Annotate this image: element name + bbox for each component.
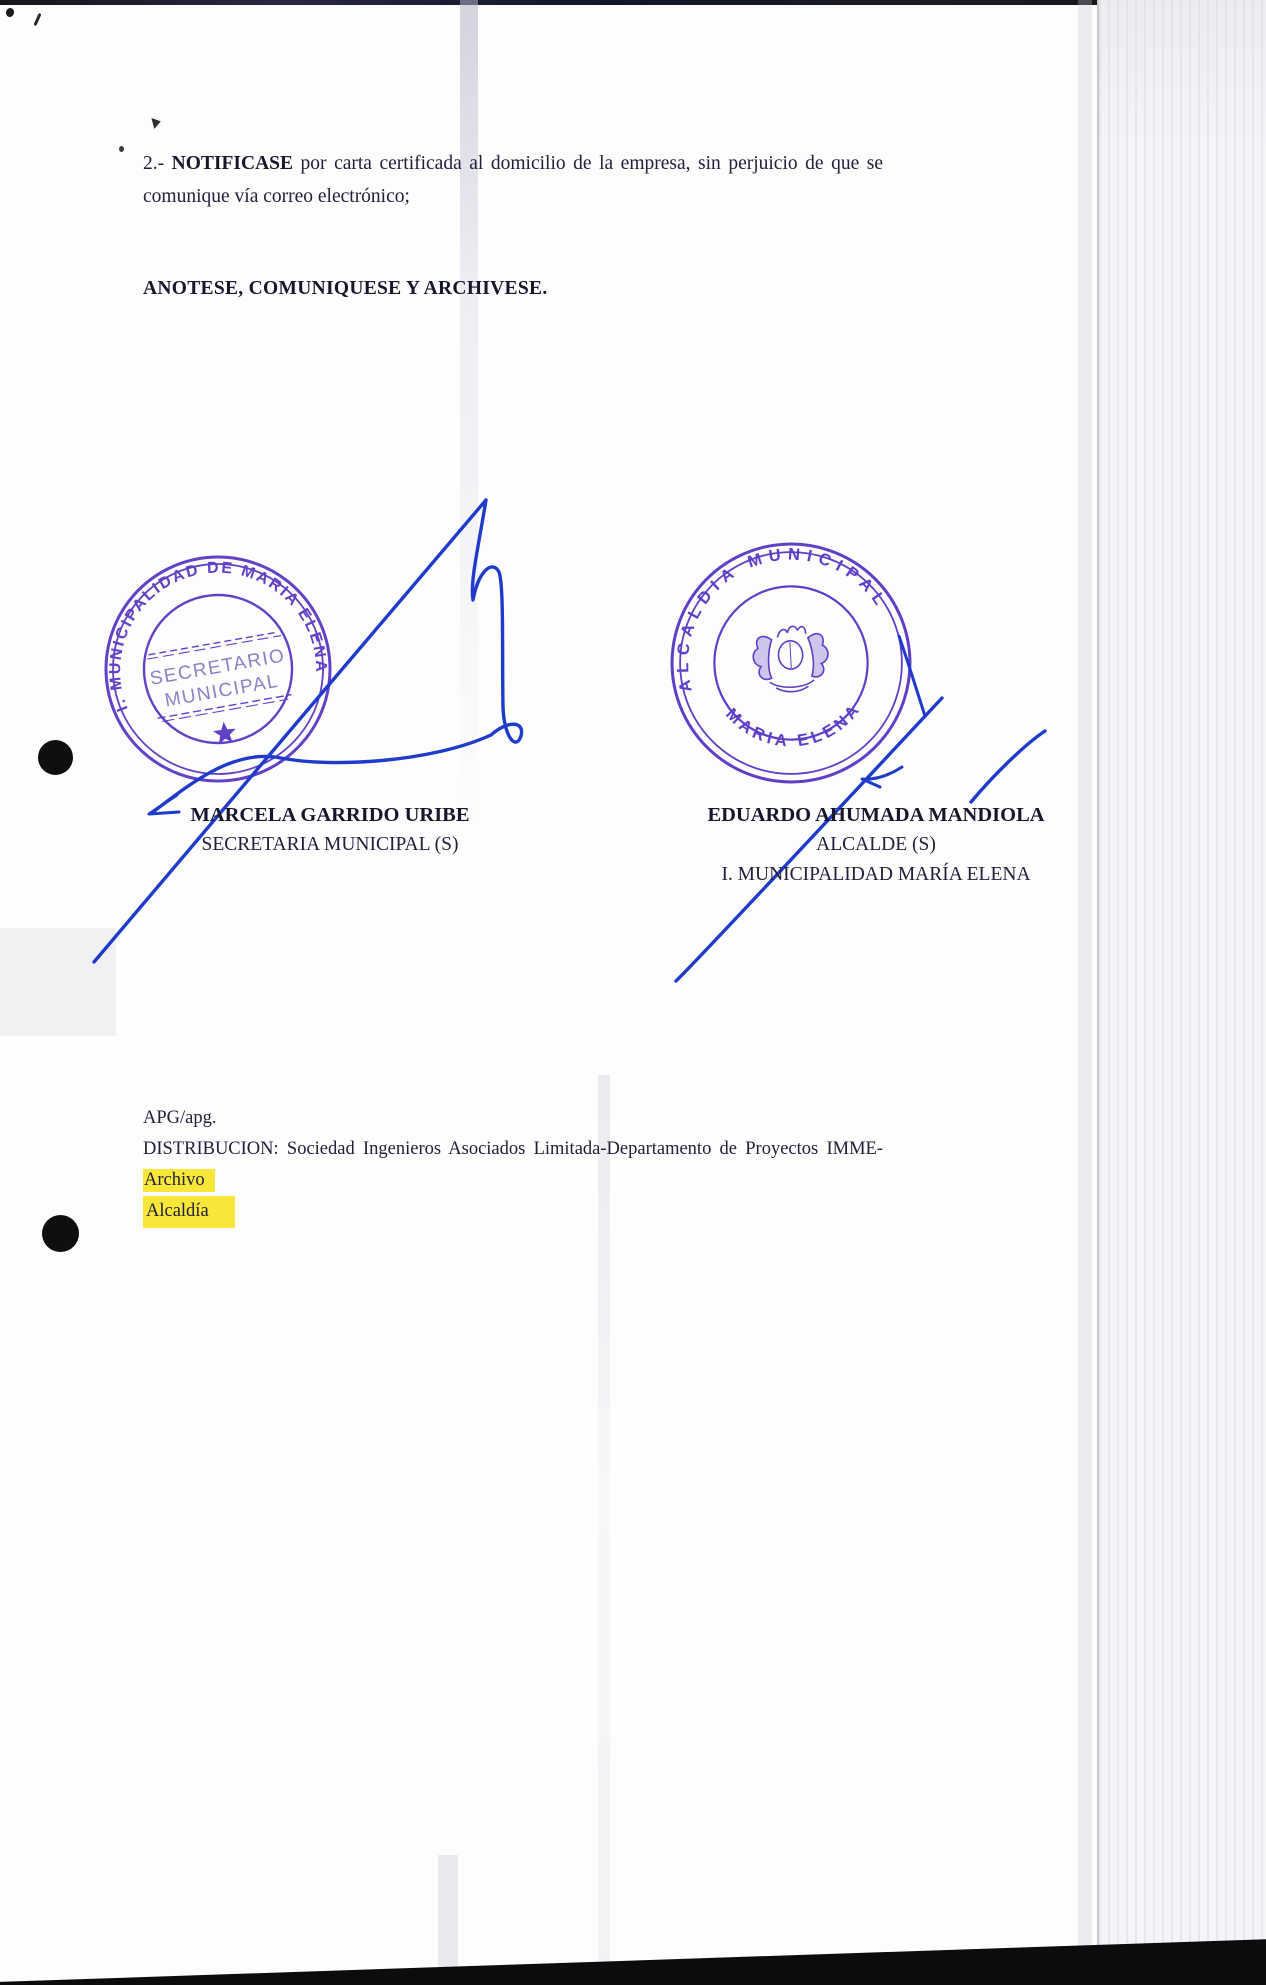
distribution-text: DISTRIBUCION: Sociedad Ingenieros Asocia… (143, 1139, 883, 1159)
left-signatory-name: MARCELA GARRIDO URIBE (150, 800, 510, 830)
scan-bottom-edge (0, 1933, 1266, 1985)
scan-speck (119, 146, 124, 152)
alcaldia-municipal-stamp: ALCALDIA MUNICIPAL MARIA ELENA (666, 538, 916, 788)
star-icon (212, 721, 237, 745)
item-number: 2.- (143, 153, 172, 174)
scan-speck (33, 13, 41, 26)
right-signatory-org: I. MUNICIPALIDAD MARÍA ELENA (690, 860, 1062, 890)
secretario-municipal-stamp: I. MUNICIPALIDAD DE MARIA ELENA SECRETAR… (100, 551, 336, 787)
right-signatory-name: EDUARDO AHUMADA MANDIOLA (690, 800, 1062, 830)
paragraph-text: por carta certificada al domicilio de la… (293, 153, 883, 174)
scan-speck (149, 118, 161, 130)
distribution-line-2: Alcaldía (143, 1196, 883, 1228)
right-signatory-block: EDUARDO AHUMADA MANDIOLA ALCALDE (S) I. … (690, 800, 1062, 890)
scan-top-edge (0, 0, 1266, 5)
coat-of-arms-icon (752, 625, 830, 694)
closing-formula: ANOTESE, COMUNIQUESE Y ARCHIVESE. (143, 278, 548, 300)
punch-hole (42, 1215, 79, 1252)
scanned-document-page: 2.- NOTIFICASE por carta certificada al … (0, 0, 1266, 1985)
paragraph-line-1: 2.- NOTIFICASE por carta certificada al … (143, 147, 883, 180)
punch-hole (38, 740, 73, 775)
scan-edge-line (1097, 0, 1099, 1985)
right-signatory-title: ALCALDE (S) (690, 830, 1062, 860)
distribution-highlight-archivo: Archivo (143, 1169, 215, 1192)
paragraph-line-2: comunique vía correo electrónico; (143, 180, 883, 213)
stamp-bottom-arc-text: MARIA ELENA (722, 698, 867, 755)
scan-shadow (0, 928, 116, 1036)
author-initials: APG/apg. (143, 1103, 883, 1134)
stamp-center-line1: SECRETARIO (148, 645, 287, 689)
notificase-keyword: NOTIFICASE (172, 153, 293, 174)
stamp-top-arc-text: ALCALDIA MUNICIPAL (667, 539, 897, 694)
left-signatory-block: MARCELA GARRIDO URIBE SECRETARIA MUNICIP… (150, 800, 510, 860)
scan-speck (5, 7, 16, 18)
scan-streak (438, 1855, 458, 1980)
scan-streak (1078, 0, 1092, 1985)
scan-streak (460, 0, 478, 830)
scan-edge-band (1099, 0, 1266, 1985)
left-signature (94, 500, 522, 962)
distribution-line: DISTRIBUCION: Sociedad Ingenieros Asocia… (143, 1134, 883, 1196)
stamp-ring-text: I. MUNICIPALIDAD DE MARIA ELENA (100, 551, 332, 714)
distribution-highlight-alcaldia: Alcaldía (143, 1196, 235, 1228)
footer-block: APG/apg. DISTRIBUCION: Sociedad Ingenier… (143, 1103, 883, 1228)
notificase-paragraph: 2.- NOTIFICASE por carta certificada al … (143, 147, 883, 213)
left-signatory-title: SECRETARIA MUNICIPAL (S) (150, 830, 510, 860)
stamp-center-line2: MUNICIPAL (163, 671, 280, 712)
